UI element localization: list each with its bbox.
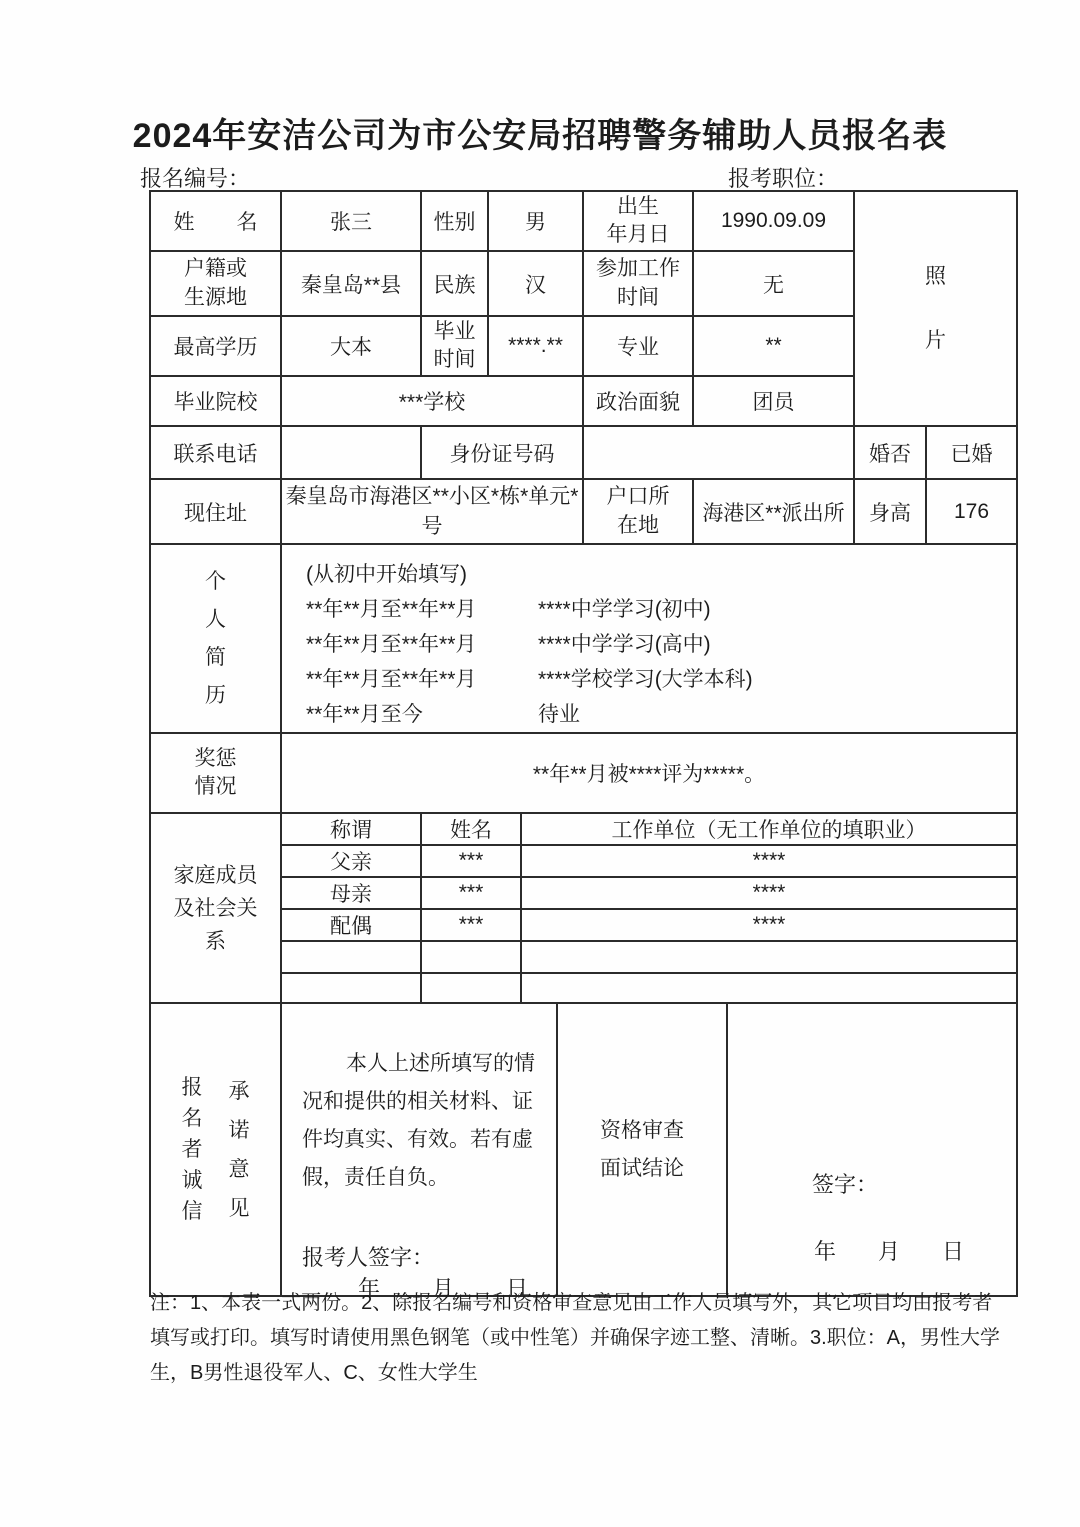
name-value: 张三: [281, 191, 421, 251]
photo-label-text: 照 片: [925, 265, 946, 352]
major-label: 专业: [583, 316, 693, 376]
month-label: 月: [878, 1235, 900, 1266]
family-relation: 母亲: [281, 877, 421, 909]
education-value: 大本: [281, 316, 421, 376]
resume-entry: **年**月至**年**月 ****学校学习(大学本科): [306, 662, 1016, 697]
id-number-label: 身份证号码: [421, 426, 583, 479]
photo-placeholder: 照 片: [854, 191, 1017, 426]
family-relation: [281, 941, 421, 973]
family-name: [421, 973, 521, 1003]
family-row-empty: [150, 941, 1017, 973]
resume-section-label: 个 人 简 历: [150, 544, 281, 733]
resume-table: 个 人 简 历 (从初中开始填写) **年**月至**年**月 ****中学学习…: [149, 543, 1018, 734]
applied-position-label: 报考职位：: [728, 162, 838, 193]
row-address: 现住址 秦皇岛市海港区**小区*栋*单元*号 户口所 在地 海港区**派出所 身…: [150, 479, 1017, 544]
resume-entry: **年**月至**年**月 ****中学学习(初中): [306, 592, 1016, 627]
work-start-value: 无: [693, 251, 854, 316]
applicant-signature-label: 报考人签字：: [302, 1241, 538, 1272]
row-resume: 个 人 简 历 (从初中开始填写) **年**月至**年**月 ****中学学习…: [150, 544, 1017, 733]
family-employer: ****: [521, 845, 1017, 877]
family-employer: [521, 941, 1017, 973]
awards-table: 奖惩 情况 **年**月被****评为*****。: [149, 732, 1018, 814]
politics-value: 团员: [693, 376, 854, 426]
school-value: ***学校: [281, 376, 583, 426]
reviewer-signature-label: 签字：: [728, 1168, 1016, 1199]
gender-label: 性别: [421, 191, 488, 251]
footer-note: 注：1、本表一式两份。2、除报名编号和资格审查意见由工作人员填写外，其它项目均由…: [150, 1286, 1002, 1391]
grad-time-value: ****.**: [488, 316, 583, 376]
family-header-row: 家庭成员 及社会关 系 称谓 姓名 工作单位（无工作单位的填职业）: [150, 813, 1017, 845]
family-row: 父亲 *** ****: [150, 845, 1017, 877]
dob-value: 1990.09.09: [693, 191, 854, 251]
family-row: 母亲 *** ****: [150, 877, 1017, 909]
major-value: **: [693, 316, 854, 376]
phone-label: 联系电话: [150, 426, 281, 479]
id-number-value: [583, 426, 854, 479]
family-employer: ****: [521, 877, 1017, 909]
year-label: 年: [814, 1235, 836, 1266]
family-row: 配偶 *** ****: [150, 909, 1017, 941]
page-title: 2024年安洁公司为市公安局招聘警务辅助人员报名表: [0, 108, 1080, 157]
grad-time-label: 毕业 时间: [421, 316, 488, 376]
ethnicity-value: 汉: [488, 251, 583, 316]
application-form-table: 姓 名 张三 性别 男 出生 年月日 1990.09.09 照 片 户籍或 生源…: [149, 190, 1016, 1297]
origin-label: 户籍或 生源地: [150, 251, 281, 316]
commitment-statement-block: 本人上述所填写的情况和提供的相关材料、证件均真实、有效。若有虚假，责任自负。 报…: [282, 1005, 556, 1294]
dob-label: 出生 年月日: [583, 191, 693, 251]
commitment-statement-cell: 本人上述所填写的情况和提供的相关材料、证件均真实、有效。若有虚假，责任自负。 报…: [281, 1003, 557, 1296]
family-name: [421, 941, 521, 973]
family-col-name: 姓名: [421, 813, 521, 845]
application-form-page: 2024年安洁公司为市公安局招聘警务辅助人员报名表 报名编号： 报考职位： 姓 …: [0, 0, 1080, 1527]
family-name: ***: [421, 845, 521, 877]
reviewer-signature-date: 年 月 日: [814, 1235, 964, 1266]
family-col-relation: 称谓: [281, 813, 421, 845]
school-label: 毕业院校: [150, 376, 281, 426]
address-label: 现住址: [150, 479, 281, 544]
family-relation: [281, 973, 421, 1003]
marriage-label: 婚否: [854, 426, 926, 479]
family-row-empty: [150, 973, 1017, 1003]
family-table: 家庭成员 及社会关 系 称谓 姓名 工作单位（无工作单位的填职业） 父亲 ***…: [149, 812, 1018, 1004]
origin-value: 秦皇岛**县: [281, 251, 421, 316]
family-relation: 配偶: [281, 909, 421, 941]
commitment-table: 报 名 者 诚 信 承 诺 意 见 本人上述所填写的情况和提供的相关材料、证件均…: [149, 1002, 1018, 1297]
reviewer-signature-cell: 签字： 年 月 日: [727, 1003, 1017, 1296]
family-section-label: 家庭成员 及社会关 系: [150, 813, 281, 1003]
commitment-statement: 本人上述所填写的情况和提供的相关材料、证件均真实、有效。若有虚假，责任自负。: [302, 1045, 538, 1197]
height-label: 身高: [854, 479, 926, 544]
ethnicity-label: 民族: [421, 251, 488, 316]
resume-hint: (从初中开始填写): [306, 557, 1016, 592]
address-value: 秦皇岛市海港区**小区*栋*单元*号: [281, 479, 583, 544]
dob-label-text: 出生 年月日: [607, 195, 670, 246]
name-label: 姓 名: [150, 191, 281, 251]
resume-entry: **年**月至**年**月 ****中学学习(高中): [306, 627, 1016, 662]
review-conclusion-label: 资格审查 面试结论: [600, 1119, 684, 1180]
resume-content-cell: (从初中开始填写) **年**月至**年**月 ****中学学习(初中) **年…: [281, 544, 1017, 733]
awards-content: **年**月被****评为*****。: [281, 733, 1017, 813]
family-col-employer: 工作单位（无工作单位的填职业）: [521, 813, 1017, 845]
basic-info-table: 姓 名 张三 性别 男 出生 年月日 1990.09.09 照 片 户籍或 生源…: [149, 190, 1018, 545]
family-employer: [521, 973, 1017, 1003]
phone-value: [281, 426, 421, 479]
reviewer-signature-block: 签字： 年 月 日: [728, 1005, 1016, 1294]
row-awards: 奖惩 情况 **年**月被****评为*****。: [150, 733, 1017, 813]
registration-number-label: 报名编号：: [140, 162, 250, 193]
height-value: 176: [926, 479, 1017, 544]
marriage-value: 已婚: [926, 426, 1017, 479]
commitment-section-label: 报 名 者 诚 信 承 诺 意 见: [150, 1003, 281, 1296]
hukou-label: 户口所 在地: [583, 479, 693, 544]
hukou-value: 海港区**派出所: [693, 479, 854, 544]
family-name: ***: [421, 877, 521, 909]
resume-content: (从初中开始填写) **年**月至**年**月 ****中学学习(初中) **年…: [282, 545, 1016, 732]
work-start-label: 参加工作 时间: [583, 251, 693, 316]
row-name: 姓 名 张三 性别 男 出生 年月日 1990.09.09 照 片: [150, 191, 1017, 251]
commitment-label: 报 名 者 诚 信 承 诺 意 见: [151, 1072, 280, 1228]
politics-label: 政治面貌: [583, 376, 693, 426]
day-label: 日: [942, 1235, 964, 1266]
education-label: 最高学历: [150, 316, 281, 376]
family-relation: 父亲: [281, 845, 421, 877]
row-contact: 联系电话 身份证号码 婚否 已婚: [150, 426, 1017, 479]
row-commitment: 报 名 者 诚 信 承 诺 意 见 本人上述所填写的情况和提供的相关材料、证件均…: [150, 1003, 1017, 1296]
awards-section-label: 奖惩 情况: [150, 733, 281, 813]
review-conclusion-cell: 资格审查 面试结论: [557, 1003, 727, 1296]
family-name: ***: [421, 909, 521, 941]
gender-value: 男: [488, 191, 583, 251]
family-employer: ****: [521, 909, 1017, 941]
resume-entry: **年**月至今 待业: [306, 697, 1016, 732]
